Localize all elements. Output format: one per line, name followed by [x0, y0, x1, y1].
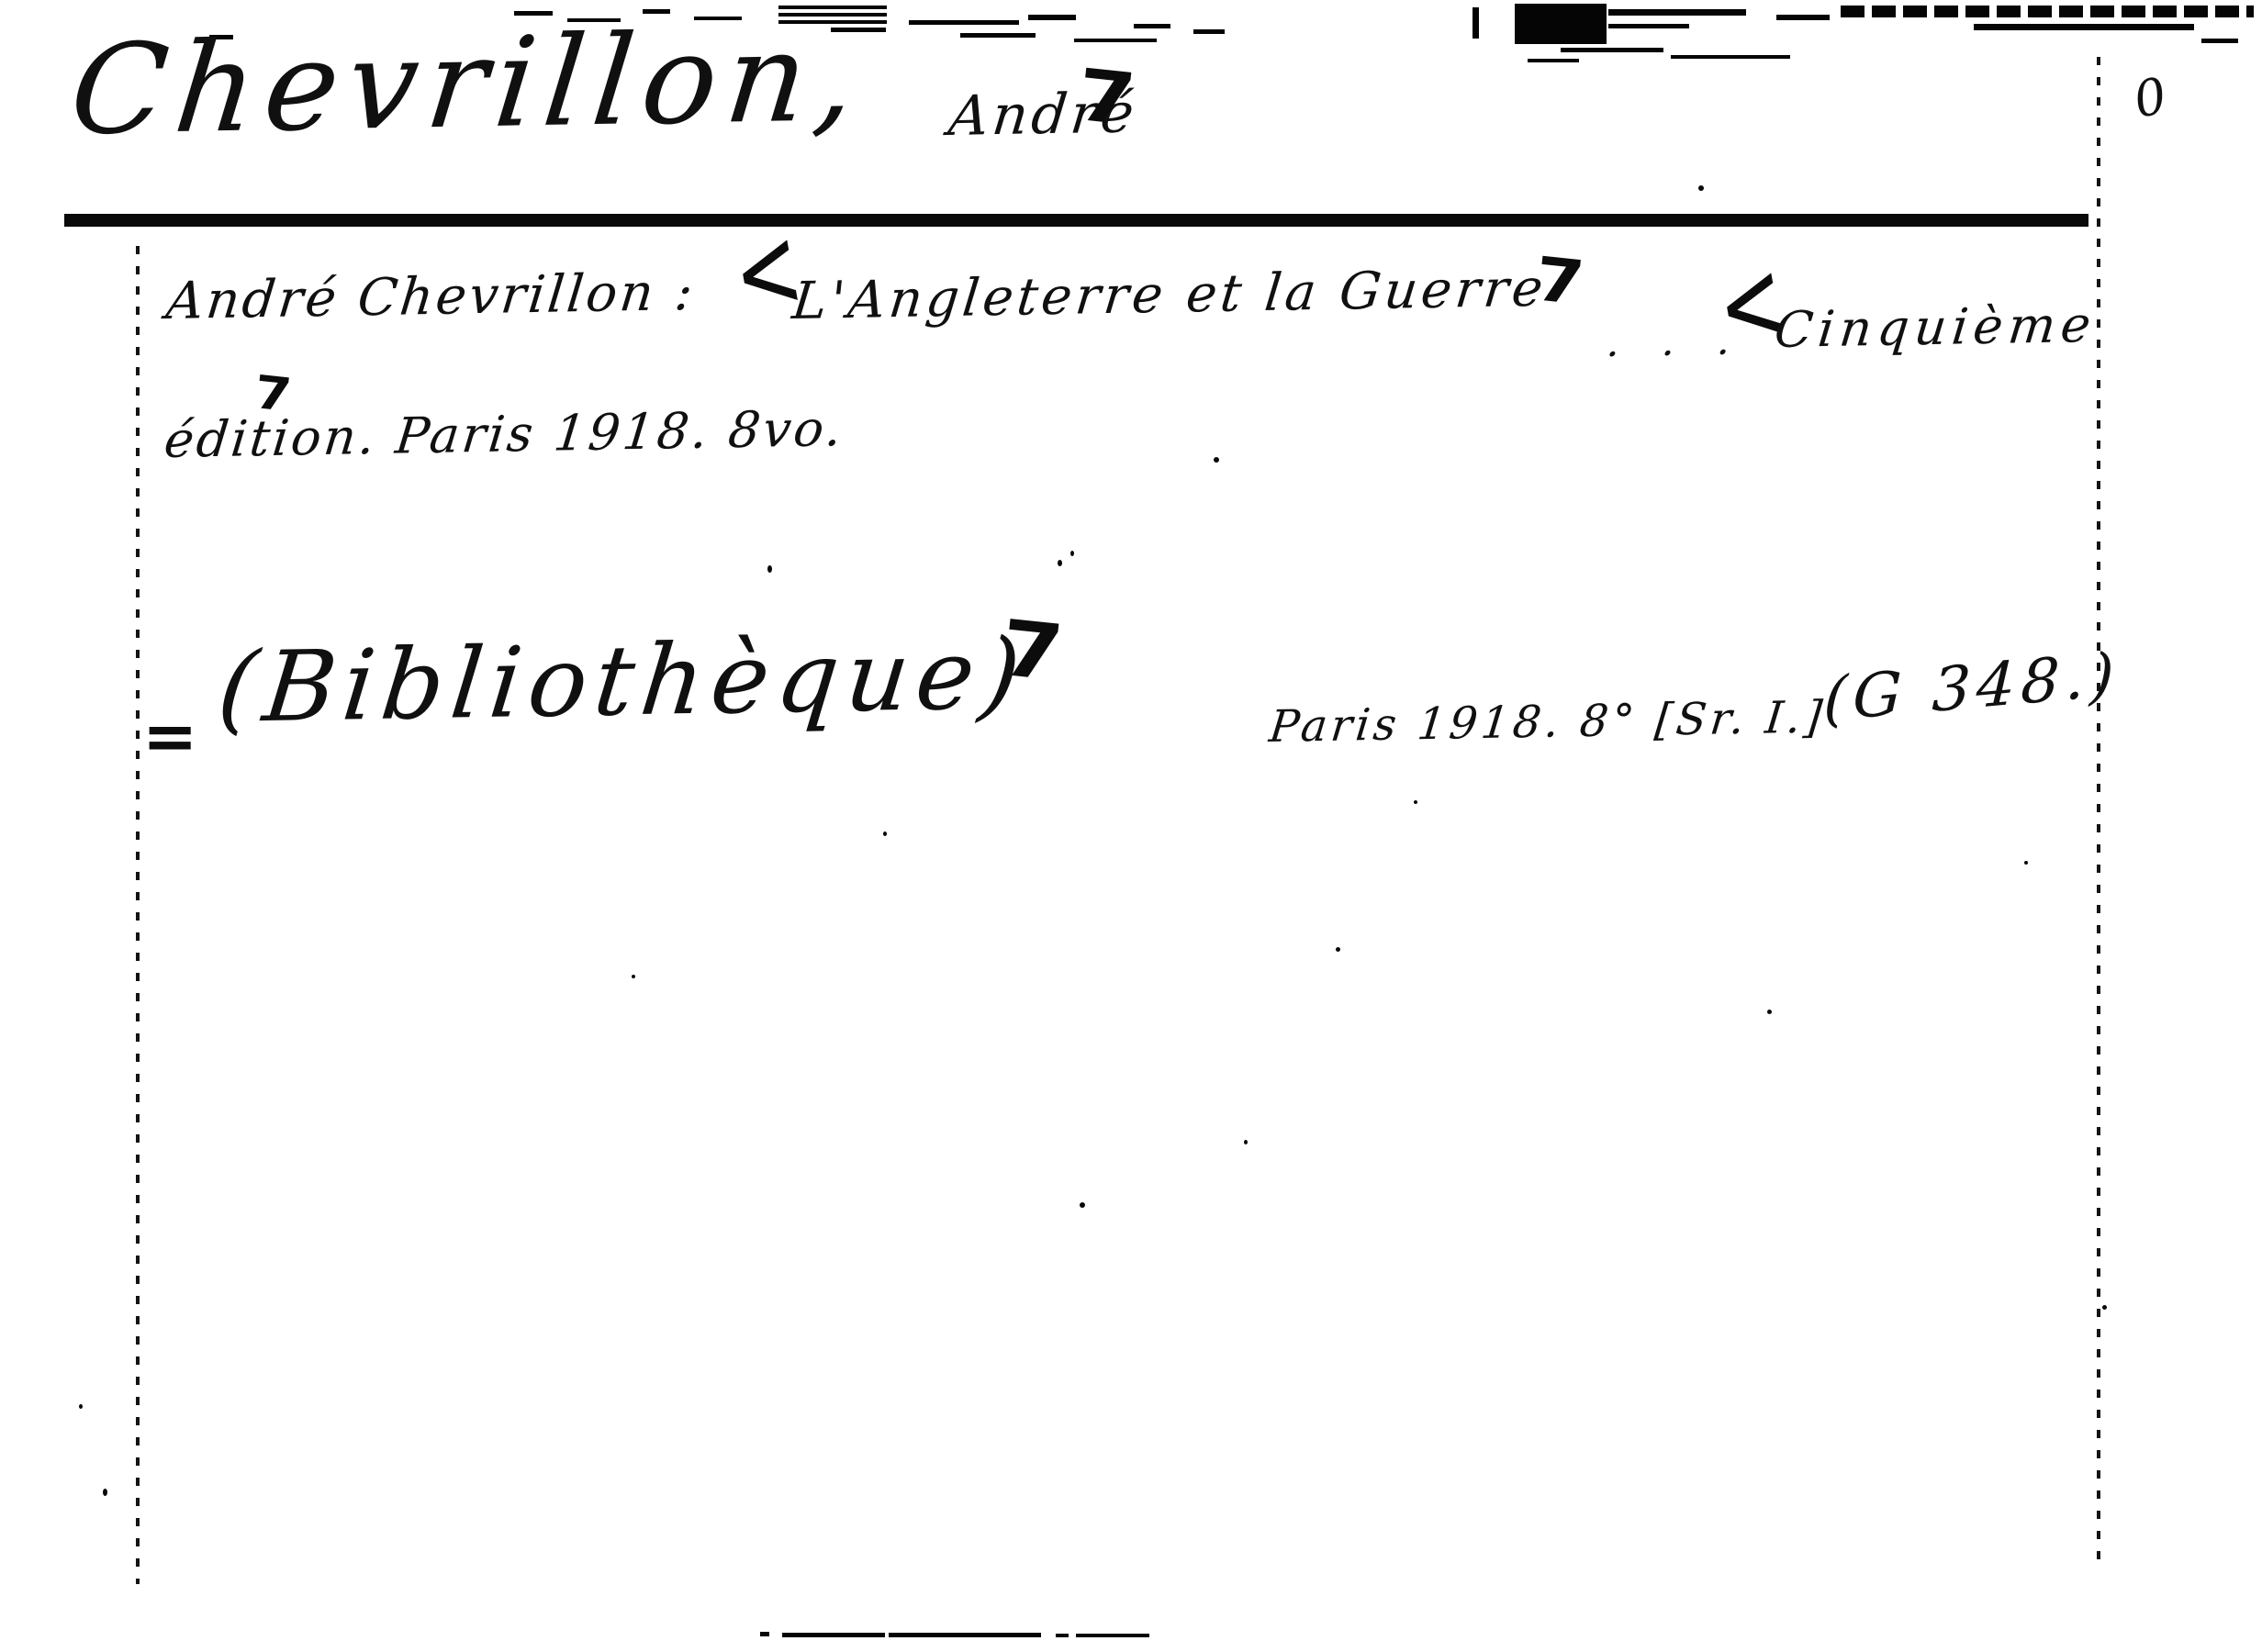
title-insert-mark: 7	[1532, 243, 1588, 318]
entry-author: André Chevrillon :	[163, 262, 699, 331]
holdings-imprint: Paris 1918. 8° [Sr. I.]	[1267, 691, 1828, 753]
heading-insert-mark: 7	[1073, 54, 1138, 142]
scan-speck	[883, 832, 887, 836]
catalog-card-scan: Chevrillon, André 7 0 André Chevrillon :…	[0, 0, 2262, 1652]
scan-noise-dash	[909, 20, 1019, 25]
library-note: (Bibliothèque)	[213, 618, 1033, 744]
scan-speck	[103, 1489, 107, 1496]
library-insert-mark: 7	[997, 603, 1068, 698]
scan-noise-bottom	[1056, 1634, 1069, 1637]
scan-speck	[767, 565, 772, 573]
scan-noise-bottom	[782, 1633, 885, 1637]
scan-noise-bottom	[889, 1633, 1041, 1637]
scan-speck	[79, 1404, 83, 1409]
call-number: (G 348.)	[1822, 639, 2121, 735]
scan-noise-bracket	[1473, 7, 1479, 39]
equals-sign: =	[142, 698, 197, 775]
scan-noise-bottom	[1076, 1634, 1149, 1637]
scan-noise-bottom	[760, 1632, 769, 1636]
scan-speck	[1058, 560, 1062, 566]
entry-line2: édition. Paris 1918. 8vo.	[162, 399, 847, 469]
entry-edition-word: Cinquième	[1772, 296, 2099, 359]
scan-speck	[1336, 947, 1340, 952]
heading-divider-rule	[64, 214, 2088, 227]
scan-noise-dash	[960, 33, 1036, 38]
corner-number: 0	[2129, 66, 2172, 129]
scan-noise-dash	[1028, 15, 1076, 20]
scan-noise-dash	[1671, 55, 1790, 59]
scan-speck	[1698, 185, 1704, 191]
scan-speck	[1080, 1202, 1085, 1208]
scan-noise-dash	[1193, 29, 1225, 34]
scan-speck	[1244, 1140, 1248, 1144]
scan-noise-dash	[1776, 15, 1830, 20]
scan-noise-dash	[1608, 24, 1689, 28]
scan-speck	[1070, 551, 1074, 556]
scan-noise-dash	[1608, 9, 1746, 16]
scan-noise-dash	[1528, 59, 1579, 62]
entry-title: L'Angleterre et la Guerre	[789, 259, 1550, 331]
scan-noise-dash	[1561, 48, 1663, 52]
scan-speck	[1214, 457, 1219, 463]
scan-noise-block	[1515, 4, 1607, 44]
scan-speck	[2102, 1305, 2107, 1310]
scan-speck	[632, 975, 635, 978]
heading-surname: Chevrillon,	[64, 5, 872, 162]
right-dotted-border	[2097, 57, 2100, 1571]
left-dotted-border	[136, 246, 140, 1584]
scan-noise-dash	[1134, 24, 1170, 28]
scan-noise-dash	[2201, 39, 2238, 43]
scan-speck	[2024, 861, 2028, 865]
scan-noise-dash	[1074, 39, 1157, 42]
scan-noise-band	[1841, 6, 2254, 17]
scan-speck	[1767, 1010, 1772, 1014]
scan-speck	[1414, 800, 1417, 804]
scan-noise-dash	[1974, 24, 2194, 30]
